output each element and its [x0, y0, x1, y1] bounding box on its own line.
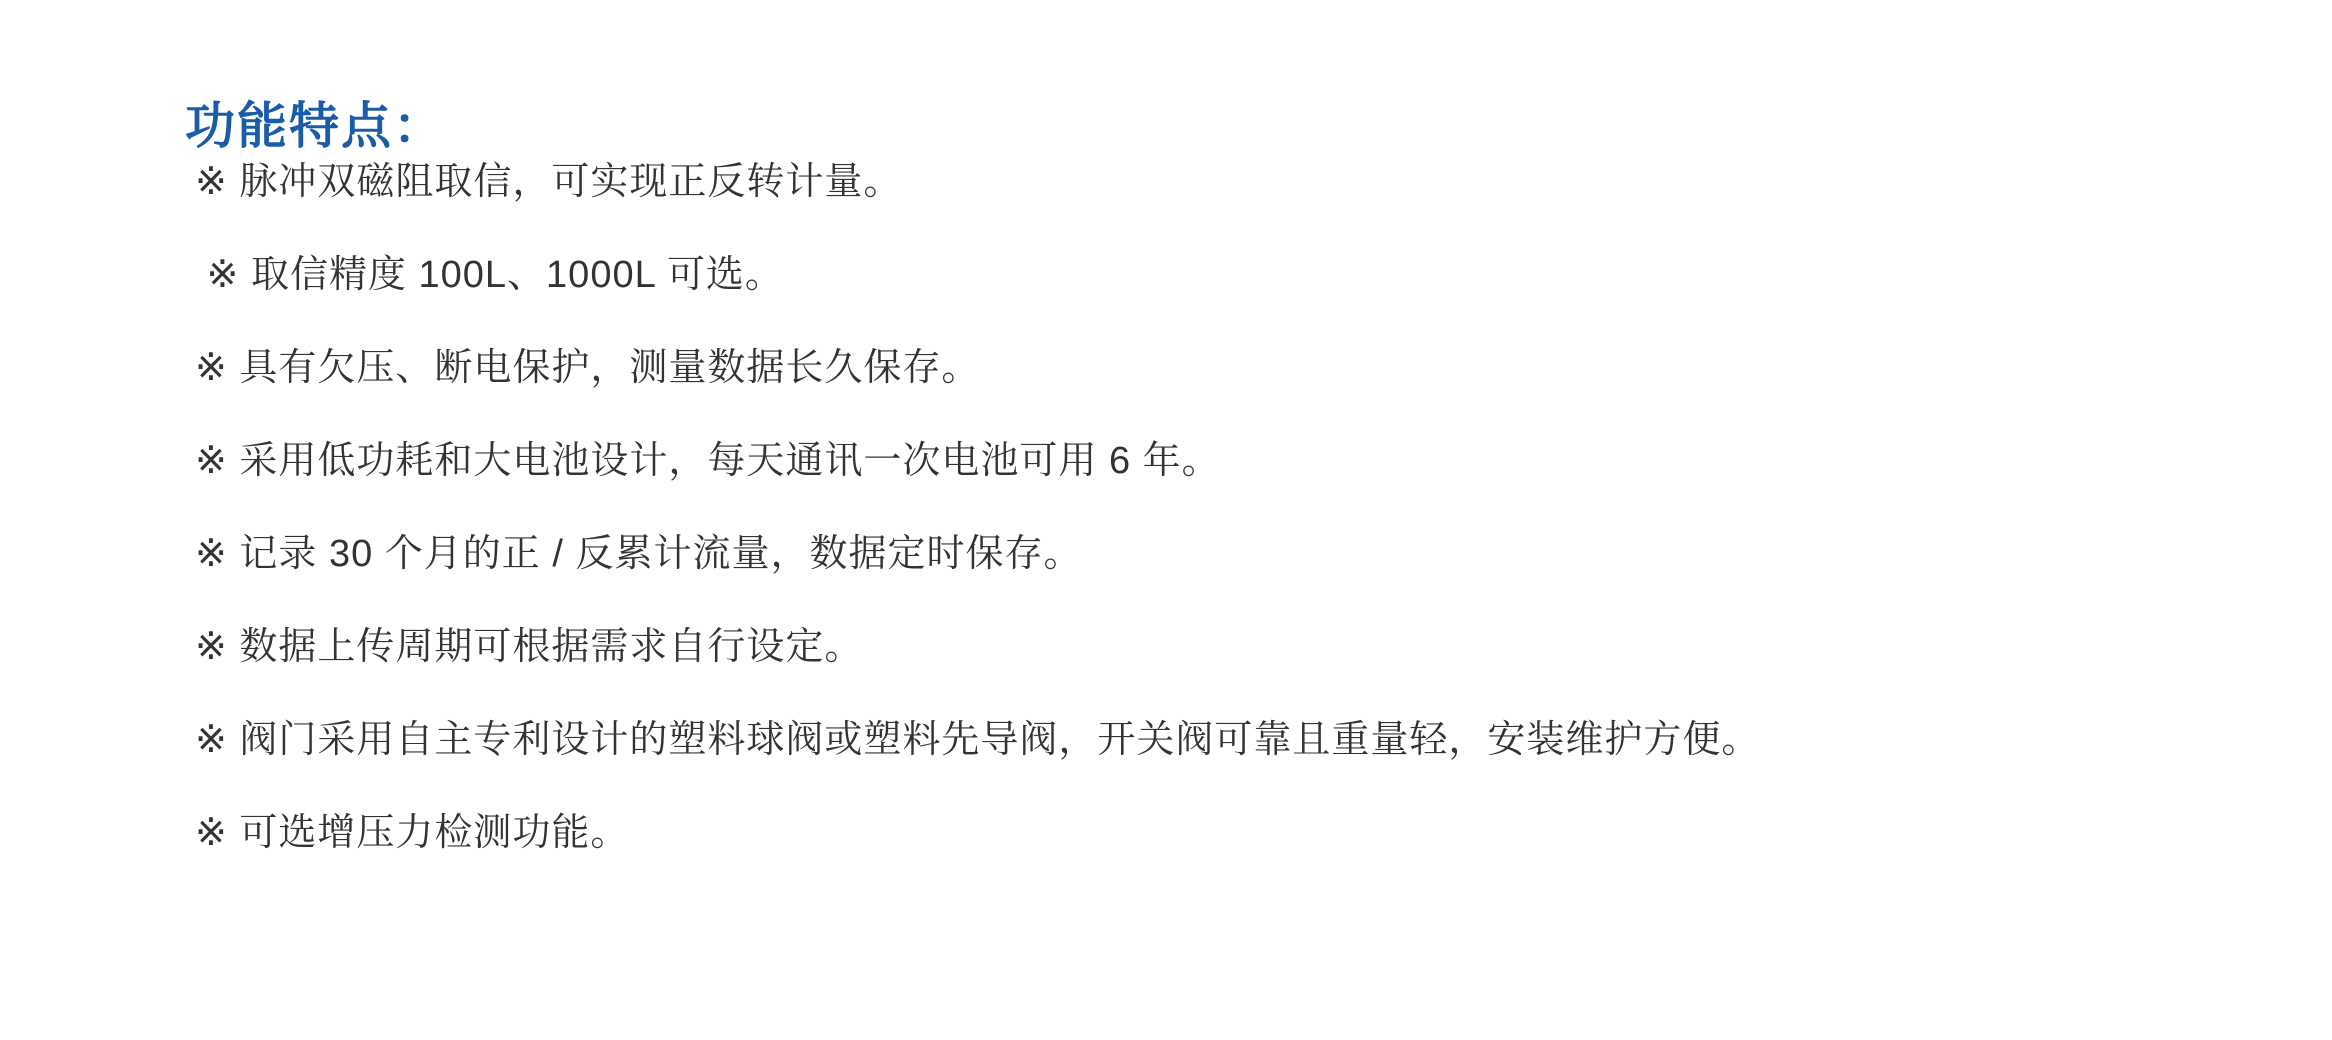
- product-features-section: 功能特点： ※ 脉冲双磁阻取信，可实现正反转计量。 ※ 取信精度 100L、10…: [0, 0, 2332, 1040]
- feature-item: ※ 采用低功耗和大电池设计，每天通讯一次电池可用 6 年。: [195, 415, 1760, 508]
- feature-item: ※ 具有欠压、断电保护，测量数据长久保存。: [195, 322, 1760, 415]
- feature-item: ※ 可选增压力检测功能。: [195, 787, 1760, 880]
- feature-list: ※ 脉冲双磁阻取信，可实现正反转计量。 ※ 取信精度 100L、1000L 可选…: [195, 136, 1760, 880]
- feature-item: ※ 数据上传周期可根据需求自行设定。: [195, 601, 1760, 694]
- feature-item: ※ 阀门采用自主专利设计的塑料球阀或塑料先导阀，开关阀可靠且重量轻，安装维护方便…: [195, 694, 1760, 787]
- feature-item: ※ 取信精度 100L、1000L 可选。: [195, 229, 1760, 322]
- feature-item: ※ 记录 30 个月的正 / 反累计流量，数据定时保存。: [195, 508, 1760, 601]
- feature-item: ※ 脉冲双磁阻取信，可实现正反转计量。: [195, 136, 1760, 229]
